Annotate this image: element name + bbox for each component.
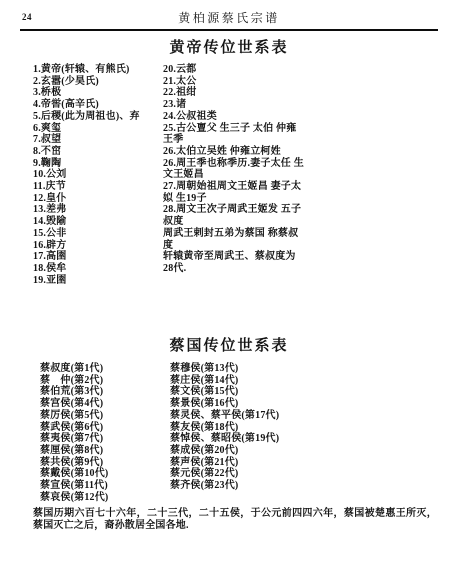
section2-title: 蔡国传位世系表 <box>0 334 458 355</box>
list-item: 10.公刘 <box>33 169 163 181</box>
list-item: 25.古公亶父 生三子 太伯 仲雍 王季 <box>163 123 304 146</box>
list-item: 18.侯牟 <box>33 263 163 275</box>
list-item: 蔡夷侯(第7代) <box>40 433 172 445</box>
list-item: 4.帝喾(高辛氏) <box>33 99 163 111</box>
list-item: 蔡友侯(第18代) <box>170 422 352 434</box>
header-rule <box>20 29 438 31</box>
list-item: 14.毁隃 <box>33 216 163 228</box>
list-item: 蔡庄侯(第14代) <box>170 375 352 387</box>
list-item: 13.差弗 <box>33 204 163 216</box>
list-item: 蔡厘侯(第8代) <box>40 445 172 457</box>
list-item: 21.太公 <box>163 76 304 88</box>
list-item: 蔡 仲(第2代) <box>40 375 172 387</box>
list-item: 蔡宫侯(第4代) <box>40 398 172 410</box>
list-item: 28.周文王次子周武王姬发 五子叔度 <box>163 204 304 227</box>
section1-left-column: 1.黄帝(轩辕、有熊氏)2.玄嚣(少昊氏)3.桥极4.帝喾(高辛氏)5.后稷(此… <box>33 64 163 286</box>
list-item: 蔡叔度(第1代) <box>40 363 172 375</box>
list-item: 22.祖绀 <box>163 87 304 99</box>
section1-title: 黄帝传位世系表 <box>0 36 458 57</box>
list-item: 15.公非 <box>33 228 163 240</box>
list-item: 12.皇仆 <box>33 193 163 205</box>
list-item: 16.辟方 <box>33 240 163 252</box>
list-item: 蔡齐侯(第23代) <box>170 480 352 492</box>
list-item: 7.叔望 <box>33 134 163 146</box>
list-item: 27.周朝始祖周文王姬昌 妻子太姒 生19子 <box>163 181 304 204</box>
list-item: 蔡景侯(第16代) <box>170 398 352 410</box>
list-item: 周武王剌封五弟为蔡国 称蔡叔度 <box>163 228 304 251</box>
list-item: 26.周王季也称季历.妻子太任 生文王姬昌 <box>163 158 304 181</box>
list-item: 蔡元侯(第22代) <box>170 468 352 480</box>
list-item: 蔡穆侯(第13代) <box>170 363 352 375</box>
list-item: 3.桥极 <box>33 87 163 99</box>
section2-right-column: 蔡穆侯(第13代)蔡庄侯(第14代)蔡文侯(第15代)蔡景侯(第16代)蔡灵侯、… <box>170 363 352 492</box>
list-item: 蔡成侯(第20代) <box>170 445 352 457</box>
list-item: 蔡宣侯(第11代) <box>40 480 172 492</box>
document-page: 24 黄柏源蔡氏宗谱 黄帝传位世系表 1.黄帝(轩辕、有熊氏)2.玄嚣(少昊氏)… <box>0 0 458 580</box>
section1-right-column: 20.云都21.太公22.祖绀23.诸24.公叔祖类25.古公亶父 生三子 太伯… <box>163 64 304 275</box>
list-item: 6.爽玺 <box>33 123 163 135</box>
list-item: 8.不窋 <box>33 146 163 158</box>
header-title: 黄柏源蔡氏宗谱 <box>21 9 437 26</box>
list-item: 24.公叔祖类 <box>163 111 304 123</box>
list-item: 2.玄嚣(少昊氏) <box>33 76 163 88</box>
list-item: 5.后稷(此为周祖也)、弃 <box>33 111 163 123</box>
list-item: 26.太伯立吴姓 仲雍立柯姓 <box>163 146 304 158</box>
list-item: 轩辕黄帝至周武王、蔡叔度为28代. <box>163 251 304 274</box>
list-item: 蔡文侯(第15代) <box>170 386 352 398</box>
list-item: 17.高圉 <box>33 251 163 263</box>
list-item: 蔡悼侯、蔡昭侯(第19代) <box>170 433 352 445</box>
list-item: 蔡哀侯(第12代) <box>40 492 172 504</box>
list-item: 23.诸 <box>163 99 304 111</box>
list-item: 蔡武侯(第6代) <box>40 422 172 434</box>
page-header: 24 黄柏源蔡氏宗谱 <box>21 9 437 26</box>
list-item: 蔡厉侯(第5代) <box>40 410 172 422</box>
list-item: 蔡灵侯、蔡平侯(第17代) <box>170 410 352 422</box>
section2-left-column: 蔡叔度(第1代)蔡 仲(第2代)蔡伯荒(第3代)蔡宫侯(第4代)蔡厉侯(第5代)… <box>40 363 172 503</box>
list-item: 11.庆节 <box>33 181 163 193</box>
closing-paragraph: 蔡国历期六百七十六年，二十三代，二十五侯，于公元前四四六年，蔡国被楚惠王所灭，蔡… <box>33 508 437 533</box>
list-item: 蔡戴侯(第10代) <box>40 468 172 480</box>
list-item: 1.黄帝(轩辕、有熊氏) <box>33 64 163 76</box>
list-item: 19.亚圉 <box>33 275 163 287</box>
list-item: 蔡伯荒(第3代) <box>40 386 172 398</box>
list-item: 20.云都 <box>163 64 304 76</box>
list-item: 9.鞠陶 <box>33 158 163 170</box>
list-item: 蔡共侯(第9代) <box>40 457 172 469</box>
list-item: 蔡声侯(第21代) <box>170 457 352 469</box>
